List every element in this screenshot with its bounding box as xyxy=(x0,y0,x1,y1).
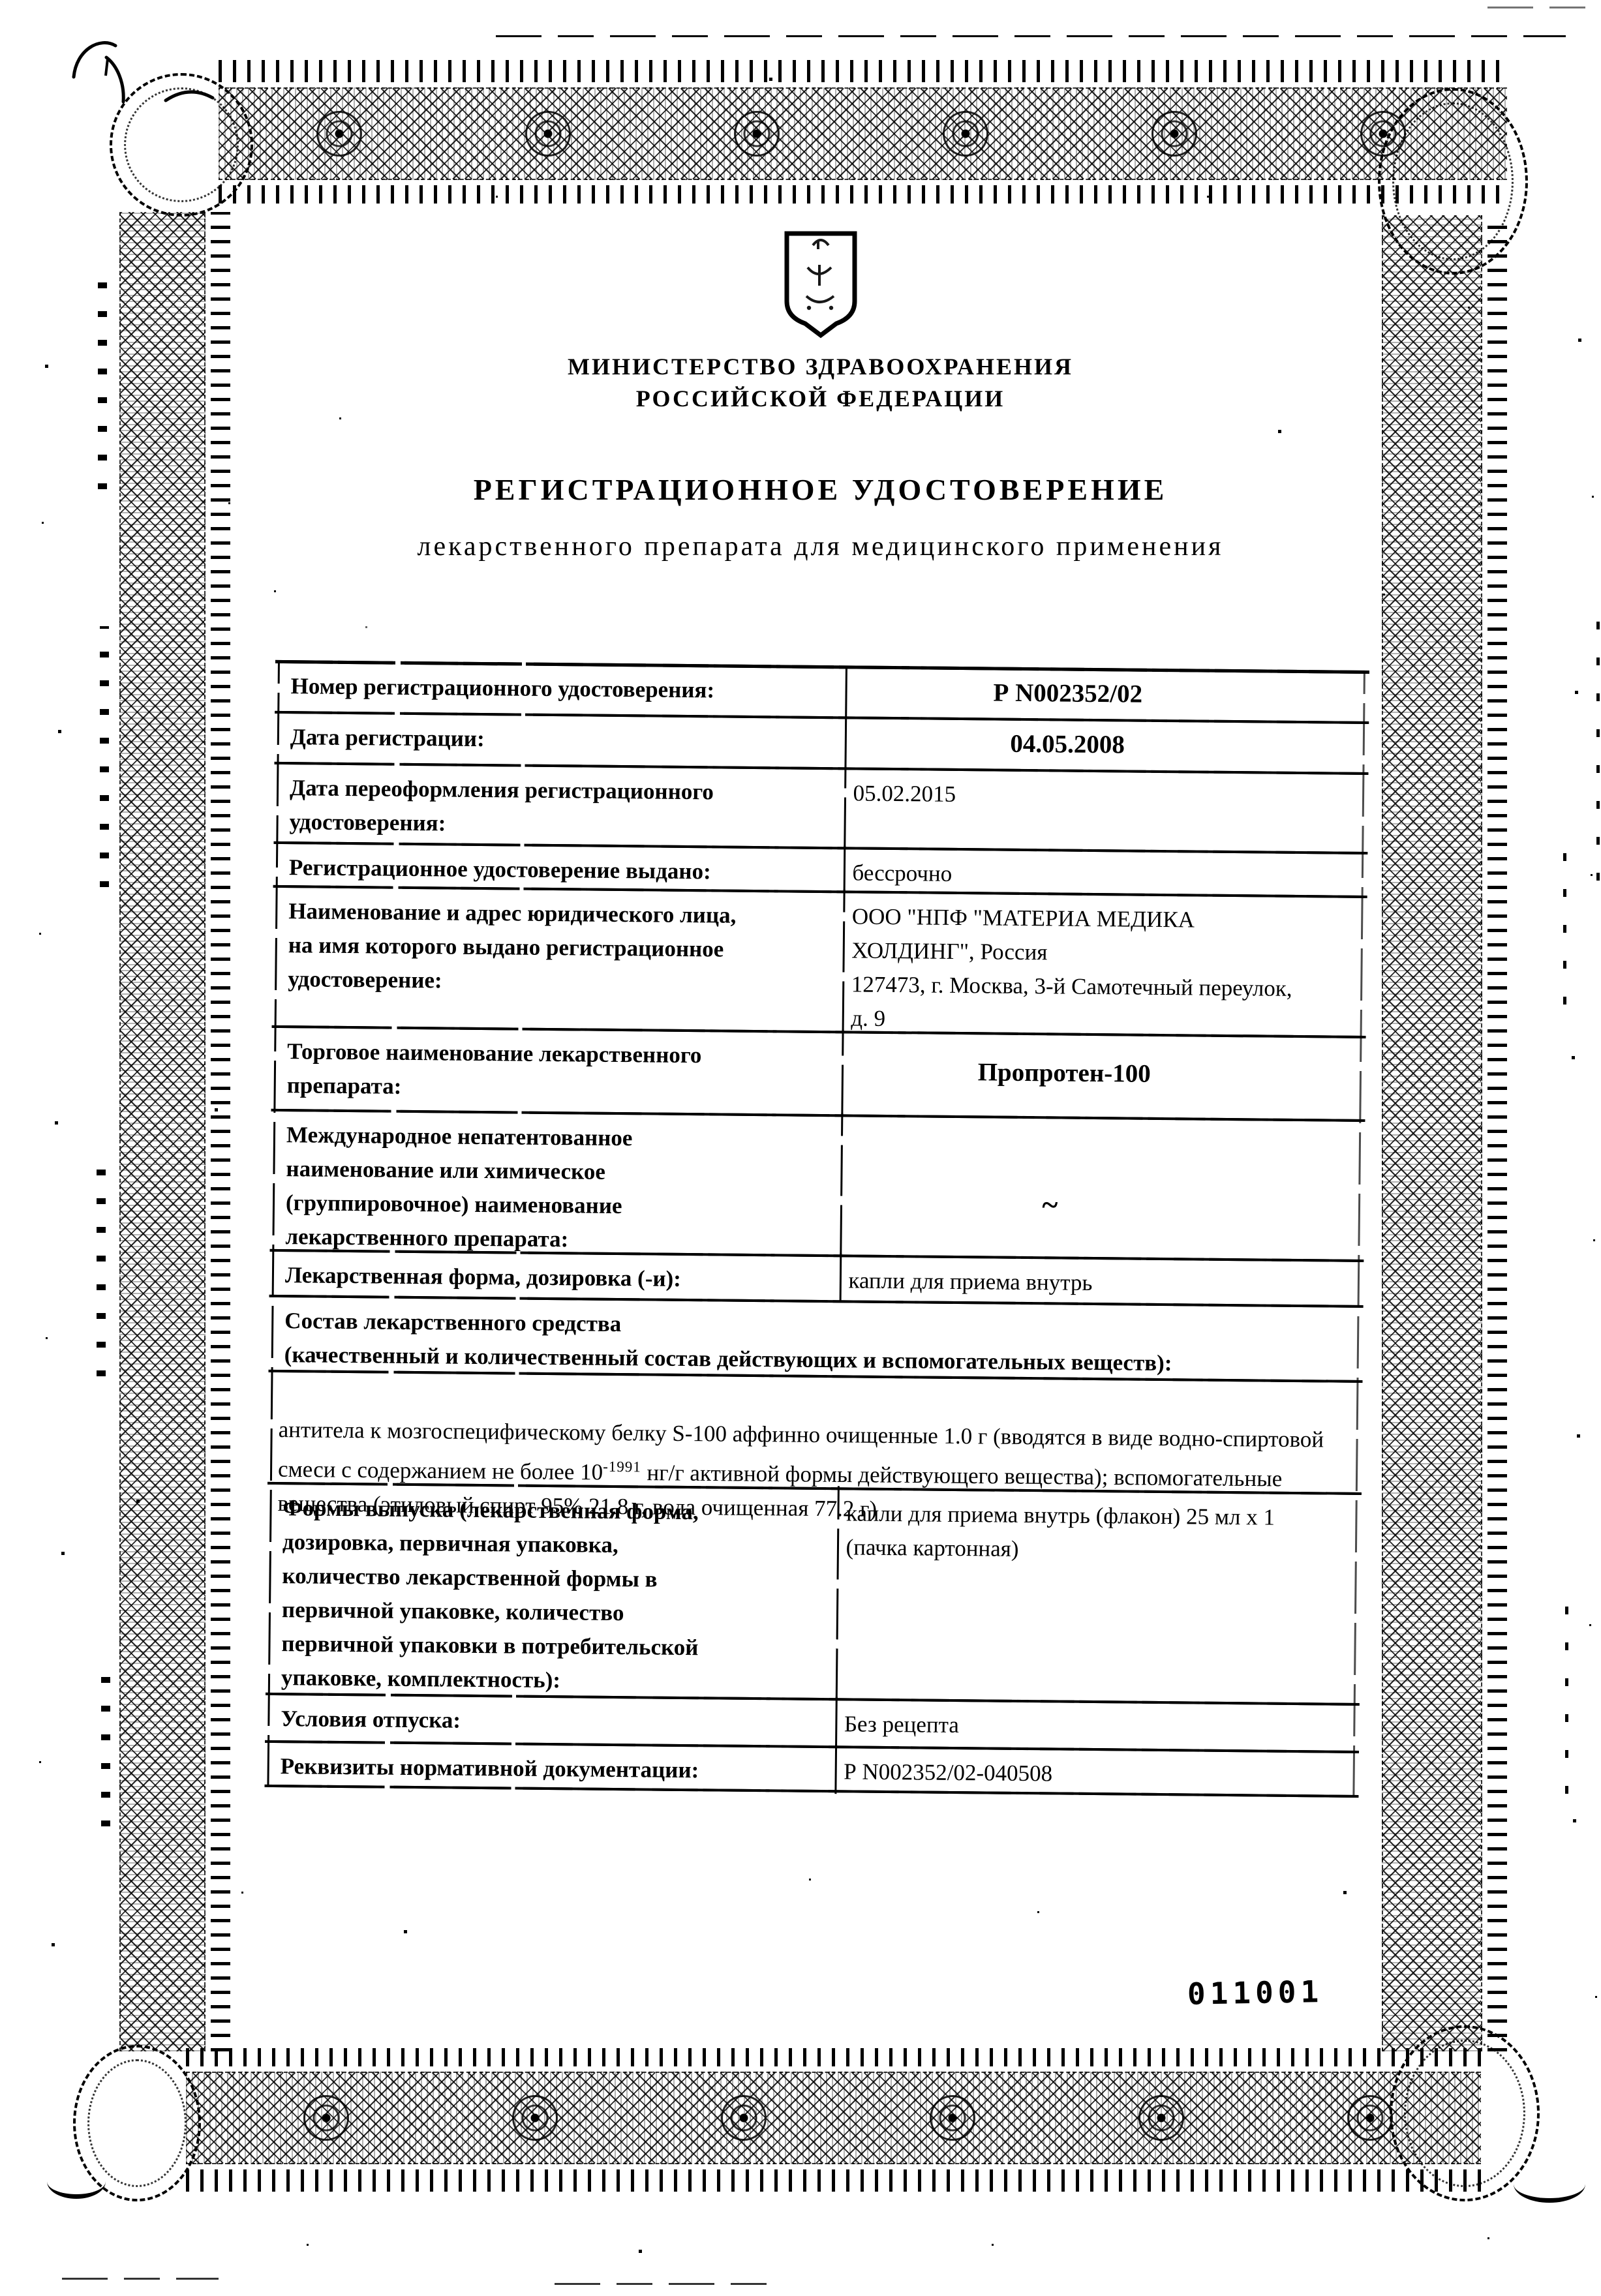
corner-arc-bottom-left xyxy=(47,2164,106,2199)
row-value: Р N002352/02 xyxy=(845,665,1360,721)
row-value: капли для приема внутрь xyxy=(839,1254,1354,1305)
border-tick-comb xyxy=(186,2169,1481,2192)
row-value: бессрочно xyxy=(843,847,1358,896)
table-row: Международное непатентованное наименован… xyxy=(275,1109,1356,1260)
dilution-exponent: -1991 xyxy=(603,1458,641,1475)
row-label: Торговое наименование лекарственного пре… xyxy=(276,1025,861,1115)
row-value: Р N002352/02-040508 xyxy=(834,1745,1350,1798)
ornament-rosette xyxy=(525,111,571,157)
document-subtitle: лекарственного препарата для медицинског… xyxy=(281,531,1360,562)
table-row: Состав лекарственного средства (качестве… xyxy=(274,1295,1354,1380)
ministry-name-line1: МИНИСТЕРСТВО ЗДРАВООХРАНЕНИЯ xyxy=(281,351,1360,383)
border-tick-comb xyxy=(219,60,1507,82)
corner-arc-bottom-right xyxy=(1514,2166,1585,2203)
row-value: 05.02.2015 xyxy=(844,767,1360,852)
row-label: Наименование и адрес юридического лица, … xyxy=(277,885,863,1031)
row-value: 04.05.2008 xyxy=(844,716,1360,772)
document-title: РЕГИСТРАЦИОННОЕ УДОСТОВЕРЕНИЕ xyxy=(281,472,1360,507)
ornament-rosette xyxy=(721,2095,767,2141)
border-lace-pattern xyxy=(186,2072,1481,2164)
bottom-left-broken-line xyxy=(62,2278,219,2280)
row-label: Формы выпуска (лекарственная форма, дози… xyxy=(271,1482,857,1699)
ornament-rosette xyxy=(1151,111,1197,157)
row-value: ~ xyxy=(840,1114,1356,1260)
ornament-rosette xyxy=(734,111,780,157)
row-label: Лекарственная форма, дозировка (-и): xyxy=(275,1249,859,1301)
row-value: Пропротен-100 xyxy=(841,1031,1357,1119)
scanned-registration-certificate-page: { "document": { "ministry_line1": "МИНИС… xyxy=(0,0,1601,2296)
table-row: Формы выпуска (лекарственная форма, дози… xyxy=(271,1482,1352,1703)
coat-of-arms-emblem xyxy=(779,228,862,343)
corner-medallion-top-right xyxy=(1378,88,1528,275)
border-lace-pattern xyxy=(119,212,206,2051)
table-row: Реквизиты нормативной документации: Р N0… xyxy=(269,1740,1350,1798)
table-row: Дата переоформления регистрационного удо… xyxy=(279,762,1359,852)
table-row: антитела к мозгоспецифическому белку S-1… xyxy=(273,1370,1354,1492)
composition-header: Состав лекарственного средства (качестве… xyxy=(274,1295,1354,1380)
border-tick-comb xyxy=(1487,215,1507,2051)
row-value: ООО "НПФ "МАТЕРИА МЕДИКА ХОЛДИНГ", Росси… xyxy=(842,890,1358,1036)
right-margin-dash-column-1 xyxy=(1563,835,1566,1004)
ornament-rosette xyxy=(1347,2095,1393,2141)
top-right-artifact-line xyxy=(1487,7,1585,8)
corner-medallion-top-left xyxy=(110,73,253,217)
ornament-rosette xyxy=(512,2095,558,2141)
left-margin-dash-column-2 xyxy=(100,626,109,887)
border-tick-comb xyxy=(219,185,1507,204)
row-label: Дата переоформления регистрационного удо… xyxy=(279,762,864,847)
top-edge-broken-line xyxy=(496,35,1566,37)
bottom-center-broken-line xyxy=(555,2283,776,2285)
ministry-name-line2: РОССИЙСКОЙ ФЕДЕРАЦИИ xyxy=(281,383,1360,415)
ornament-rosette xyxy=(930,2095,975,2141)
row-label: Дата регистрации: xyxy=(280,711,864,768)
composition-text: антитела к мозгоспецифическому белку S-1… xyxy=(273,1370,1354,1492)
ornamental-border-top xyxy=(219,60,1507,217)
row-label: Международное непатентованное наименован… xyxy=(275,1109,861,1255)
row-value: капли для приема внутрь (флакон) 25 мл х… xyxy=(835,1487,1352,1703)
table-row: Торговое наименование лекарственного пре… xyxy=(276,1025,1356,1119)
border-tick-comb xyxy=(186,2048,1481,2066)
ornament-rosette xyxy=(943,111,988,157)
row-label: Номер регистрационного удостоверения: xyxy=(280,660,864,717)
row-value: Без рецепта xyxy=(835,1698,1350,1751)
row-label: Условия отпуска: xyxy=(270,1693,855,1746)
ornament-rosette xyxy=(303,2095,349,2141)
right-margin-dash-column-2 xyxy=(1565,1598,1568,1794)
row-label: Реквизиты нормативной документации: xyxy=(269,1740,854,1793)
border-lace-pattern xyxy=(219,87,1507,180)
right-edge-dash-column xyxy=(1596,620,1600,881)
ornament-rosette xyxy=(316,111,362,157)
left-margin-dash-column-4 xyxy=(101,1670,110,1826)
border-tick-comb xyxy=(211,212,230,2051)
registration-table: Номер регистрационного удостоверения: Р … xyxy=(269,660,1360,1798)
border-lace-pattern xyxy=(1382,215,1482,2051)
ornamental-border-right xyxy=(1377,215,1520,2051)
left-margin-dash-column-3 xyxy=(97,1161,106,1376)
row-label: Регистрационное удостоверение выдано: xyxy=(279,841,863,891)
ornament-rosette xyxy=(1138,2095,1184,2141)
ornamental-border-bottom xyxy=(186,2048,1481,2201)
table-row: Наименование и адрес юридического лица, … xyxy=(277,885,1358,1036)
ministry-name: МИНИСТЕРСТВО ЗДРАВООХРАНЕНИЯ РОССИЙСКОЙ … xyxy=(281,351,1360,415)
form-serial-number: 011001 xyxy=(1187,1974,1324,2012)
left-margin-dash-column-1 xyxy=(98,280,107,489)
ornamental-border-left xyxy=(114,212,232,2051)
